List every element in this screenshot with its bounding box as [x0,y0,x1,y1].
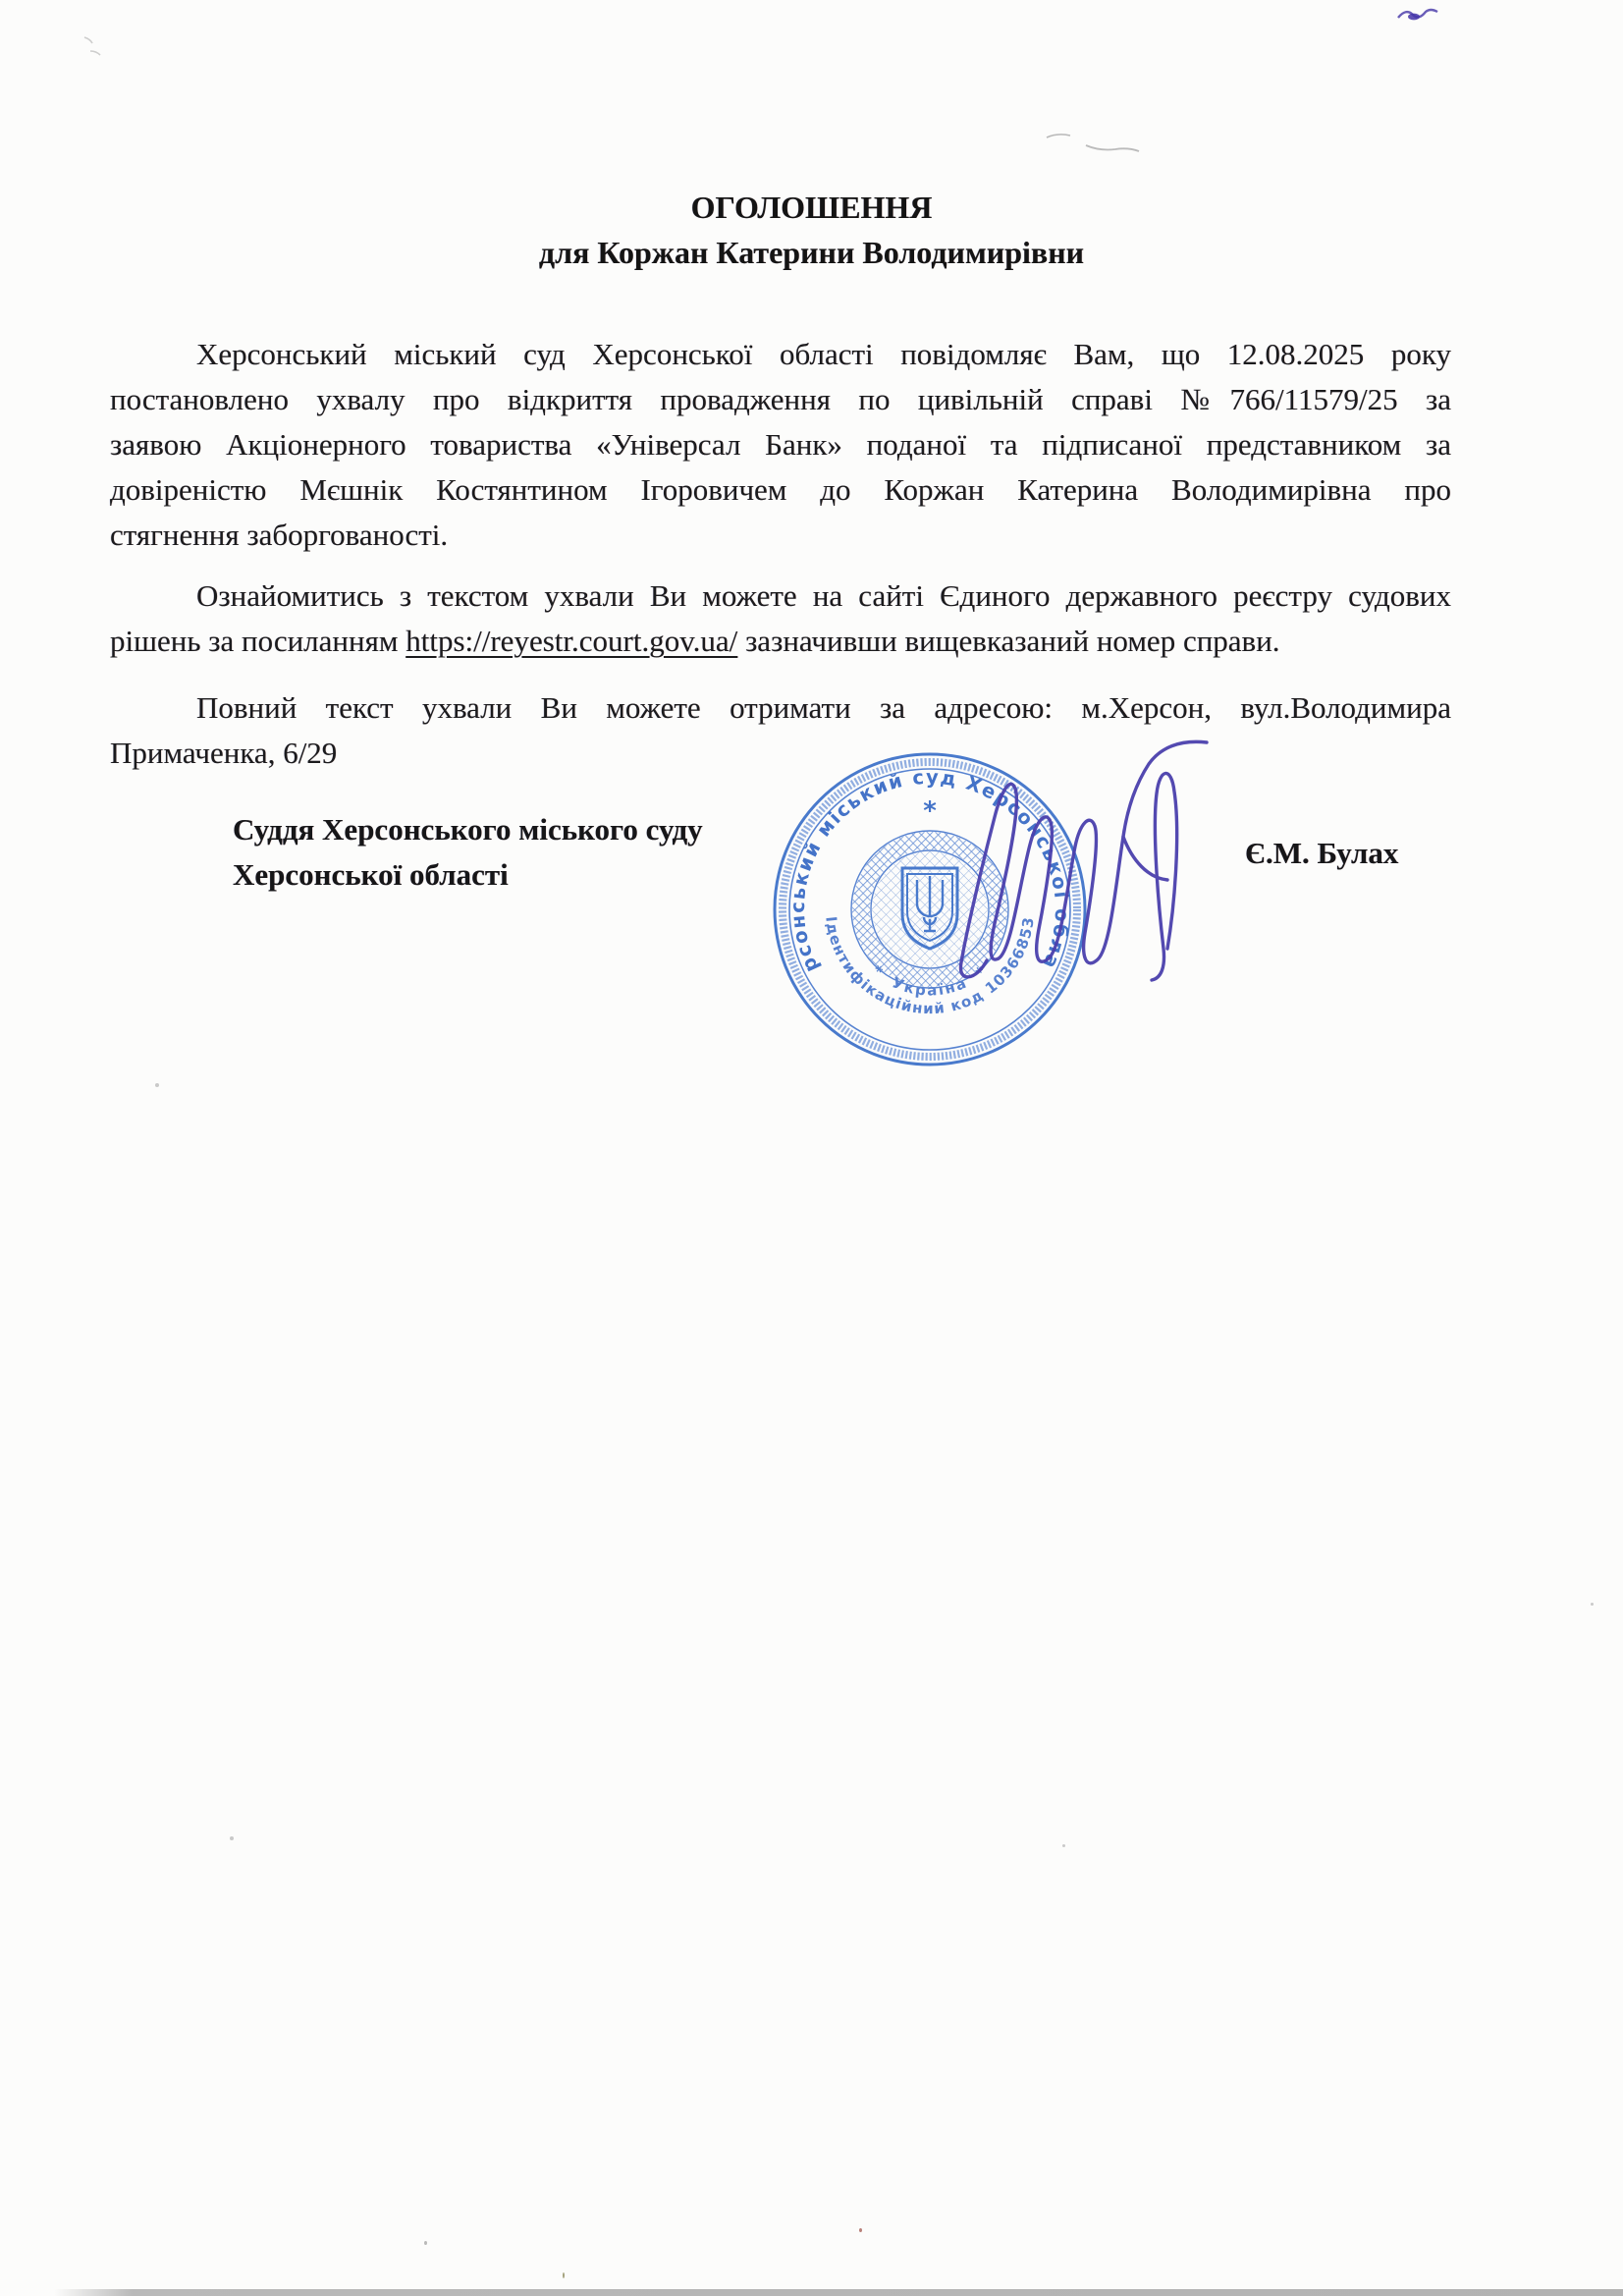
paragraph-line: постановлено ухвалу про відкриття провад… [110,377,1451,422]
seal-star-icon: * [923,796,937,826]
scanned-court-announcement: ОГОЛОШЕННЯ для Коржан Катерини Володимир… [0,0,1623,2296]
judge-title-line-1: Суддя Херсонського міського суду [233,807,703,852]
link-prefix-text: рішень за посиланням [110,624,406,658]
seal-country-text: * Україна * [869,961,991,999]
trident-emblem-icon [902,868,957,949]
judge-name: Є.М. Булах [1245,836,1398,871]
seal-outer-text: Херсонський міський суд Херсонської обла… [786,766,1073,976]
judge-title-line-2: Херсонської області [233,852,703,898]
round-seal: Херсонський міський суд Херсонської обла… [775,754,1085,1065]
paragraph-line: Примаченка, 6/29 [110,731,1451,776]
seal-center-texture [872,851,988,967]
paragraph-line: Херсонський міський суд Херсонської обла… [110,332,1451,377]
registry-paragraph: Ознайомитись з текстом ухвали Ви можете … [110,574,1451,664]
notice-paragraph: Херсонський міський суд Херсонської обла… [110,332,1451,558]
paragraph-line: стягнення заборгованості. [110,513,1451,558]
paragraph-line: заявою Акціонерного товариства «Універса… [110,422,1451,467]
scan-speck [155,1083,159,1087]
ink-blot-mark [1394,2,1441,31]
seal-ring [851,831,1008,988]
seal-id-code-text: Ідентифікаційний код 10366853 [822,915,1038,1017]
document-title: ОГОЛОШЕННЯ для Коржан Катерини Володимир… [0,185,1623,275]
court-registry-link[interactable]: https://reyestr.court.gov.ua/ [406,624,737,658]
scan-speck [1062,1844,1065,1847]
scan-speck [859,2228,862,2232]
title-line-1: ОГОЛОШЕННЯ [0,185,1623,230]
paragraph-line: рішень за посиланням https://reyestr.cou… [110,619,1451,664]
scan-speck [563,2272,565,2278]
seal-guilloche-ring [861,841,999,978]
seal-ring [789,769,1070,1050]
paragraph-line: Повний текст ухвали Ви можете отримати з… [110,685,1451,731]
scanner-edge-shadow [54,2289,1623,2296]
scan-speck [1591,1603,1594,1606]
scan-speck [230,1836,234,1840]
scan-speck [424,2241,427,2245]
seal-outer-ring [775,754,1085,1065]
pencil-tick-mark [77,29,116,65]
judge-handwritten-signature [960,741,1207,980]
title-line-2: для Коржан Катерини Володимирівни [0,230,1623,275]
paragraph-line: довіреністю Мєшнік Костянтином Ігоровиче… [110,467,1451,513]
seal-microtext-ring [783,762,1077,1057]
pencil-smudge-mark [1039,120,1166,163]
judge-title-block: Суддя Херсонського міського суду Херсонс… [233,807,703,898]
paragraph-line: Ознайомитись з текстом ухвали Ви можете … [110,574,1451,619]
link-suffix-text: зазначивши вищевказаний номер справи. [737,624,1279,658]
address-paragraph: Повний текст ухвали Ви можете отримати з… [110,685,1451,776]
seal-ring [871,850,989,968]
